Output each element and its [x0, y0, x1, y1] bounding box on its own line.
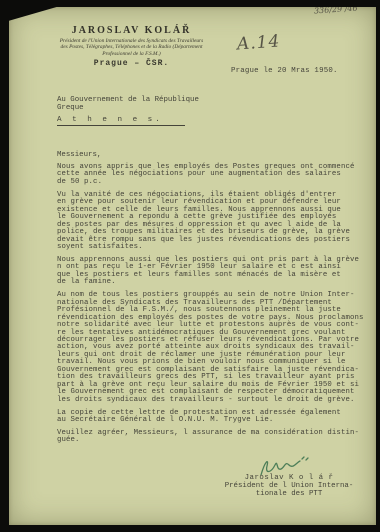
scan-corner-cut	[9, 7, 60, 21]
letterhead-name: JAROSLAV KOLÁŘ	[39, 25, 224, 36]
recipient-city: A t h e n e s.	[57, 116, 185, 126]
body-paragraph-1: Nous avons appris que les employés des P…	[57, 164, 370, 186]
letterhead-city: Prague – ČSR.	[39, 59, 224, 68]
date-line: Prague le 20 Mras 1950.	[231, 67, 338, 75]
body-paragraph-3: Nous apprennons aussi que les postiers q…	[57, 257, 370, 287]
handwritten-mark: A.14	[236, 32, 281, 55]
letterhead-subtitle: Président de l'Union Internationale des …	[39, 38, 224, 57]
body-paragraph-2: Vu la vanité de ces négociations, ils ét…	[57, 192, 370, 252]
letterhead: JAROSLAV KOLÁŘ Président de l'Union Inte…	[39, 25, 224, 68]
body-paragraph-5: La copie de cette lettre de protestation…	[57, 410, 370, 425]
handwritten-file-number: 336/29 /46	[314, 7, 358, 16]
recipient-address: Au Gouvernement de la République Greque	[57, 96, 199, 112]
letter-page: JAROSLAV KOLÁŘ Président de l'Union Inte…	[9, 7, 376, 525]
body-paragraph-6: Veuillez agréer, Messieurs, l assurance …	[57, 430, 370, 445]
body-paragraph-4: Au nom de tous les postiers grouppés au …	[57, 292, 370, 404]
letter-body: Nous avons appris que les employés des P…	[57, 164, 370, 450]
salutation: Messieurs,	[57, 151, 101, 159]
signature-block: Jaroslav K o l á ř Président de l Union …	[209, 475, 369, 498]
signature-title: Président de l Union Interna- tionale de…	[209, 483, 369, 499]
